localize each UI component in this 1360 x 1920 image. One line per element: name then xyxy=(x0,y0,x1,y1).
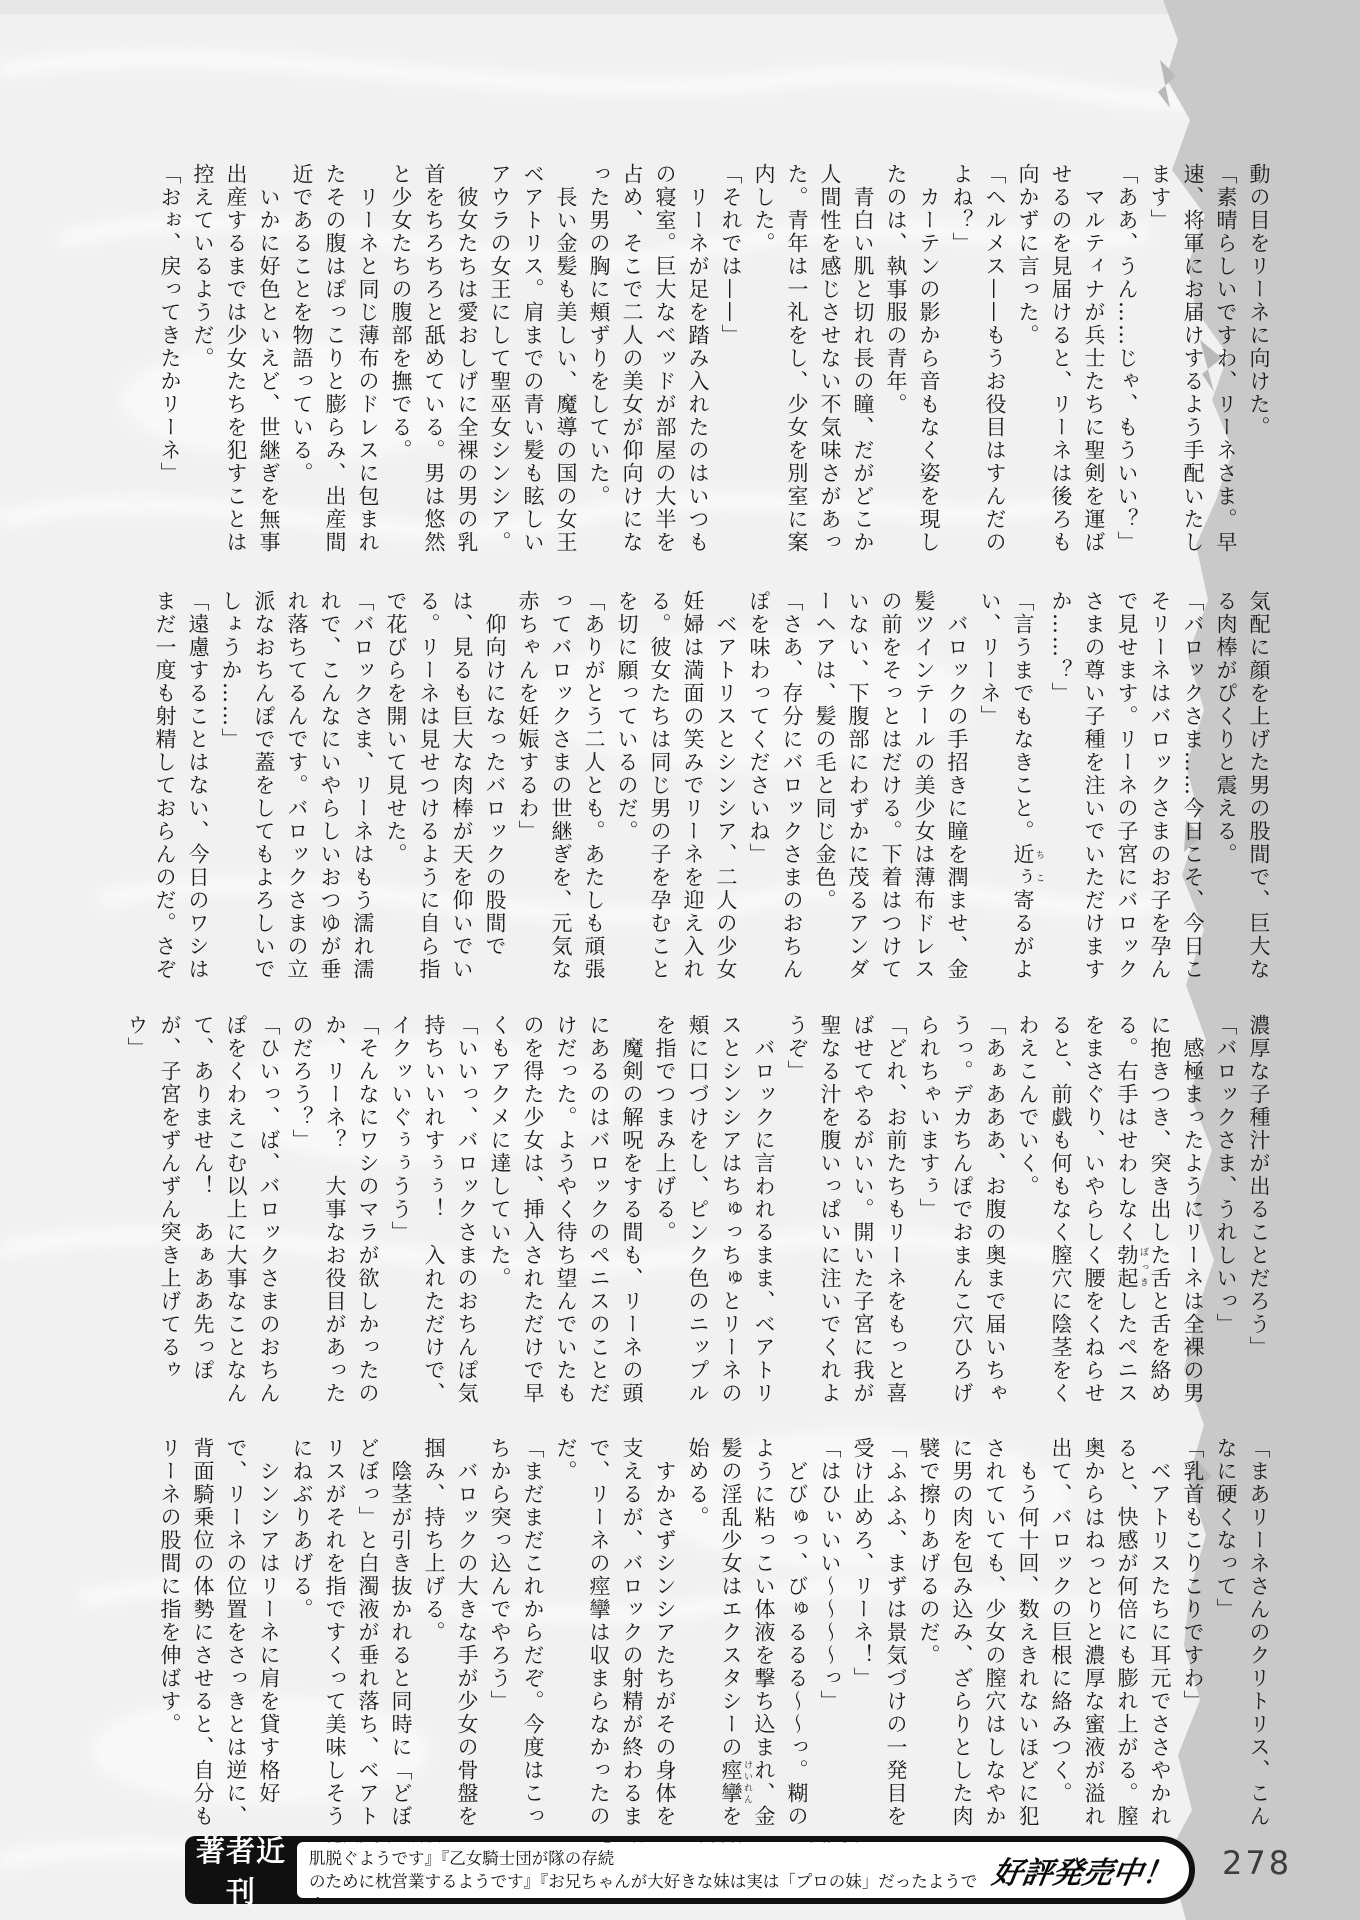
paragraph: リーネと同じ薄布のドレスに包まれたその腹はぽっこりと膨らみ、出産間近であることを… xyxy=(285,163,384,557)
paragraph: カーテンの影から音もなく姿を現したのは、執事服の青年。 xyxy=(879,163,945,557)
paragraph: 気配に顔を上げた男の股間で、巨大なる肉棒がぴくりと震える。 xyxy=(1209,590,1275,984)
paragraph: バロックに言われるまま、ベアトリスとシンシアはちゅっちゅとリーネの頬に口づけをし… xyxy=(648,1014,780,1408)
text-band-2: 気配に顔を上げた男の股間で、巨大なる肉棒がぴくりと震える。「バロックさま……今日… xyxy=(150,590,1275,984)
paragraph: もう何十回、数えきれないほどに犯されていても、少女の膣穴はしなやかに男の肉を包み… xyxy=(912,1437,1044,1831)
paragraph: 「言うまでもなきこと。近ぅちこ寄るがよい、リーネ」 xyxy=(973,590,1044,984)
paragraph: 長い金髪も美しい、魔導の国の女王ベアトリス。肩までの青い髪も眩しいアウラの女王に… xyxy=(483,163,582,557)
paragraph: 「ひいっ、ば、バロックさまのおちんぽをくわえこむ以上に大事なことなんて、ありませ… xyxy=(120,1014,285,1408)
paragraph: 動の目をリーネに向けた。 xyxy=(1242,163,1275,557)
paragraph: 魔剣の解呪をする間も、リーネの頭にあるのはバロックのペニスのことだけだった。よう… xyxy=(483,1014,648,1408)
paragraph: どびゅっ、びゅるるる～～っ。糊のように粘っこい体液を撃ち込まれ、金髪の淫乱少女は… xyxy=(681,1437,813,1831)
paragraph: ベアトリスとシンシア、二人の少女妊婦は満面の笑みでリーネを迎え入れる。彼女たちは… xyxy=(610,590,742,984)
paragraph: ベアトリスたちに耳元でささやかれると、快感が何倍にも膨れ上がる。膣奥からはねっと… xyxy=(1044,1437,1176,1831)
paragraph: 「ヘルメス——もうお役目はすんだのよね？」 xyxy=(945,163,1011,557)
on-sale-now-label: 好評発売中！ xyxy=(990,1848,1177,1892)
paragraph: リーネが足を踏み入れたのはいつもの寝室。巨大なベッドが部屋の大半を占め、そこで二… xyxy=(582,163,714,557)
paragraph: 陰茎が引き抜かれると同時に「どぼどぼっ」と白濁液が垂れ落ち、ベアトリスがそれを指… xyxy=(285,1437,417,1831)
book-titles-line2: のために枕営業するようです』『お兄ちゃんが大好きな妹は実は「プロの妹」だったよう… xyxy=(309,1870,983,1898)
paragraph: 「素晴らしいですわ、リーネさま。早速、将軍にお届けするよう手配いたします」 xyxy=(1143,163,1242,557)
paragraph: 「まだまだこれからだぞ。今度はこっちから突っ込んでやろう」 xyxy=(483,1437,549,1831)
text-band-1: 動の目をリーネに向けた。「素晴らしいですわ、リーネさま。早速、将軍にお届けするよ… xyxy=(150,163,1275,557)
paragraph: 彼女たちは愛おしげに全裸の男の乳首をちろちろと舐めている。男は悠然と少女たちの腹… xyxy=(384,163,483,557)
paragraph: マルティナが兵士たちに聖剣を運ばせるのを見届けると、リーネは後ろも向かずに言った… xyxy=(1011,163,1110,557)
paragraph: 「それでは——」 xyxy=(714,163,747,557)
text-band-4: 「まあリーネさんのクリトリス、こんなに硬くなって」「乳首もこりこりですわ」 ベア… xyxy=(150,1437,1275,1831)
paragraph: 「遠慮することはない、今日のワシはまだ一度も射精しておらんのだ。さぞ xyxy=(148,590,214,984)
paragraph: 「乳首もこりこりですわ」 xyxy=(1176,1437,1209,1831)
paragraph: 感極まったようにリーネは全裸の男に抱きつき、突き出した舌と舌を絡める。右手はせわ… xyxy=(1011,1014,1209,1408)
paragraph: 「ふふふ、まずは景気づけの一発目を受け止めろ、リーネ！」 xyxy=(846,1437,912,1831)
paragraph: 「バロックさま、リーネはもう濡れ濡れで、こんなにいやらしいおつゆが垂れ落ちてるん… xyxy=(214,590,379,984)
paragraph: 「ああ、うん……じゃ、もういい？」 xyxy=(1110,163,1143,557)
paragraph: 「そんなにワシのマラが欲しかったのか、リーネ？ 大事なお役目があったのだろう？」 xyxy=(285,1014,384,1408)
author-recent-works-label: 著者近刊 xyxy=(185,1829,297,1911)
paragraph: 「さあ、存分にバロックさまのおちんぽを味わってくださいね」 xyxy=(742,590,808,984)
author-books-banner: 著者近刊 『魔法少女Ｗ調教 フレイア＆クリスタ』『引きこもり勇者のために美少女パ… xyxy=(185,1836,1195,1904)
book-page: { "page": { "number": "278", "colors": {… xyxy=(0,0,1360,1920)
paragraph: 「おぉ、戻ってきたかリーネ」 xyxy=(153,163,186,557)
paragraph: すかさずシンシアたちがその身体を支えるが、バロックの射精が終わるまで、リーネの痙… xyxy=(549,1437,681,1831)
paragraph: 「いいっ、バロックさまのおちんぽ気持ちいいれすぅぅ！ 入れただけで、イクッいぐぅ… xyxy=(384,1014,483,1408)
page-number: 278 xyxy=(1222,1844,1292,1882)
book-titles-line1: 『魔法少女Ｗ調教 フレイア＆クリスタ』『引きこもり勇者のために美少女パーティーが… xyxy=(309,1842,983,1870)
paragraph: 濃厚な子種汁が出ることだろう」 xyxy=(1242,1014,1275,1408)
paragraph: 「あぁあああ、お腹の奥まで届いちゃうっ。デカちんぽでおまんこ穴ひろげられちゃいま… xyxy=(912,1014,1011,1408)
paragraph: 「ありがとう二人とも。あたしも頑張ってバロックさまの世継ぎを、元気な赤ちゃんを妊… xyxy=(511,590,610,984)
paragraph: 仰向けになったバロックの股間では、見るも巨大な肉棒が天を仰いでいる。リーネは見せ… xyxy=(379,590,511,984)
paragraph: バロックの手招きに瞳を潤ませ、金髪ツインテールの美少女は薄布ドレスの前をそっとは… xyxy=(808,590,973,984)
paragraph: 「バロックさま……今日こそ、今日こそリーネはバロックさまのお子を孕んで見せます。… xyxy=(1044,590,1209,984)
paragraph: バロックの大きな手が少女の骨盤を掴み、持ち上げる。 xyxy=(417,1437,483,1831)
book-titles: 『魔法少女Ｗ調教 フレイア＆クリスタ』『引きこもり勇者のために美少女パーティーが… xyxy=(309,1842,983,1898)
paragraph: シンシアはリーネに肩を貸す格好で、リーネの位置をさっきとは逆に、背面騎乗位の体勢… xyxy=(153,1437,285,1831)
paragraph: 「まあリーネさんのクリトリス、こんなに硬くなって」 xyxy=(1209,1437,1275,1831)
text-band-3: 濃厚な子種汁が出ることだろう」「バロックさま、うれしいっ」 感極まったようにリー… xyxy=(150,1014,1275,1408)
paragraph: 「はひぃいい～～～～っ」 xyxy=(813,1437,846,1831)
paragraph: 青白い肌と切れ長の瞳、だがどこか人間性を感じさせない不気味さがあった。青年は一礼… xyxy=(747,163,879,557)
paragraph: 「どれ、お前たちもリーネをもっと喜ばせてやるがいい。開いた子宮に我が聖なる汁を腹… xyxy=(780,1014,912,1408)
book-titles-box: 『魔法少女Ｗ調教 フレイア＆クリスタ』『引きこもり勇者のために美少女パーティーが… xyxy=(297,1842,1189,1898)
paragraph: 「バロックさま、うれしいっ」 xyxy=(1209,1014,1242,1408)
paragraph: いかに好色といえど、世継ぎを無事出産するまでは少女たちを犯すことは控えているよう… xyxy=(186,163,285,557)
